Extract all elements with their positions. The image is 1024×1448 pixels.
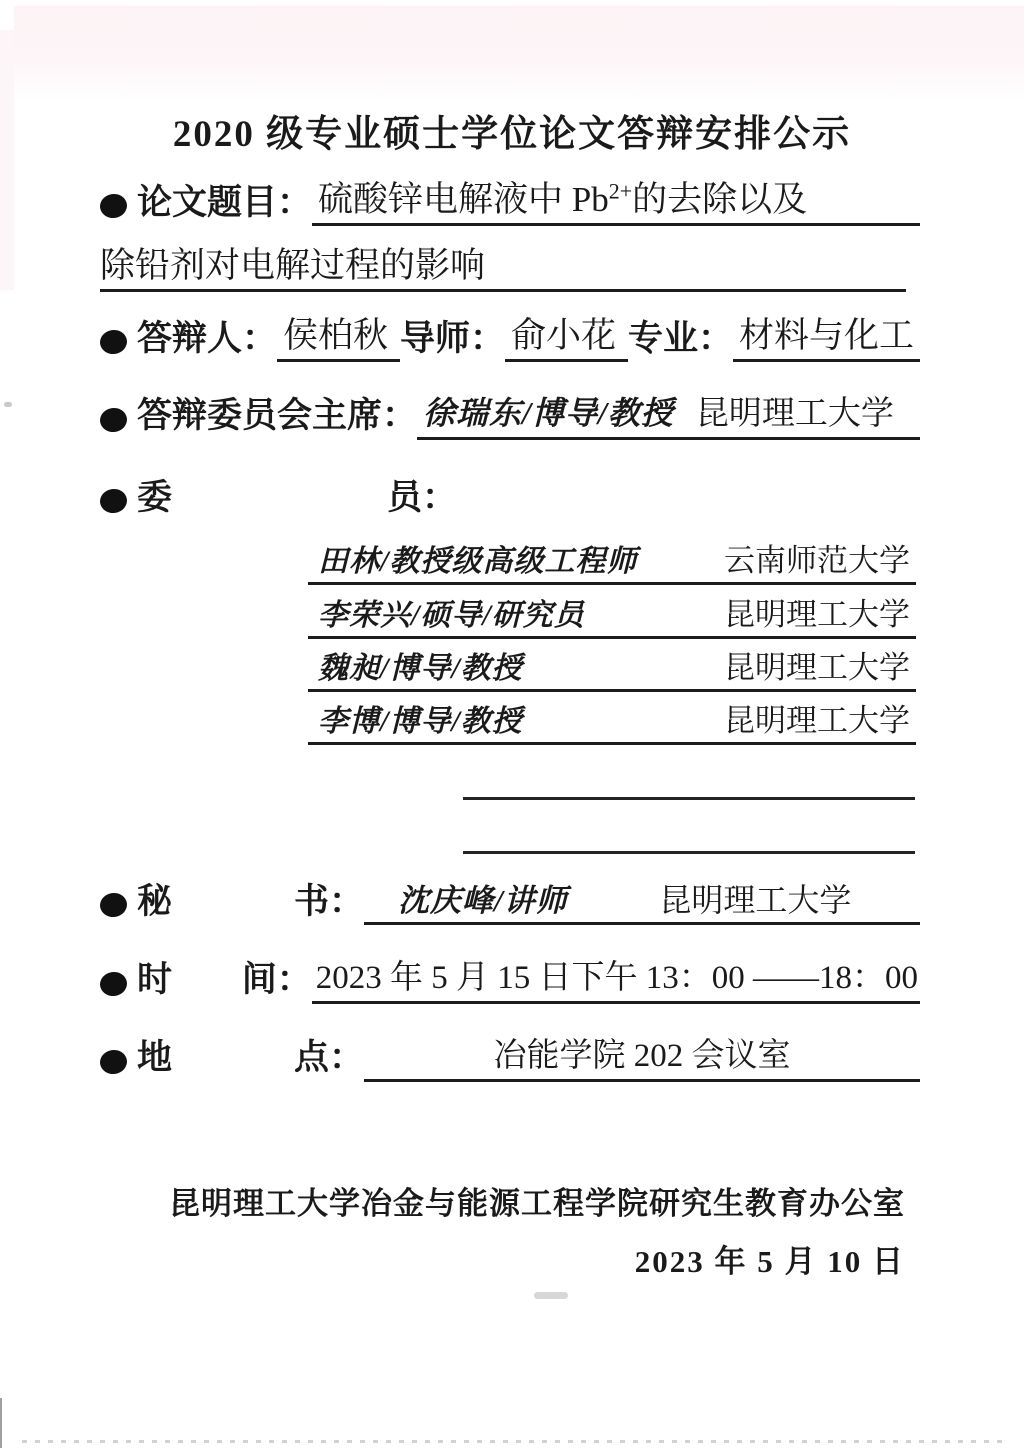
secretary-label-right: 书：	[294, 878, 364, 925]
thesis-title-text: 硫酸锌电解液中 Pb	[318, 180, 609, 219]
committee-member-row: 李荣兴/硕导/研究员 昆明理工大学	[308, 597, 916, 639]
bullet-icon	[98, 192, 128, 220]
bullet-icon	[98, 487, 128, 515]
scan-smudge	[4, 402, 12, 407]
member-name: 李博/博导/教授	[318, 696, 523, 740]
committee-label-right: 员：	[387, 474, 457, 521]
member-name: 魏昶/博导/教授	[318, 643, 523, 687]
committee-member-row: 李博/博导/教授 昆明理工大学	[308, 703, 916, 745]
superscript-charge: 2+	[609, 178, 632, 203]
chair-row: 答辩委员会主席： 徐瑞东/博导/教授 昆明理工大学	[100, 392, 920, 440]
time-label-left: 时	[137, 956, 172, 1003]
time-label-right: 间：	[242, 956, 312, 1003]
bullet-icon	[98, 406, 128, 434]
thesis-title-value-line1: 硫酸锌电解液中 Pb2+的去除以及	[312, 176, 920, 226]
supervisor-value: 俞小花	[505, 312, 628, 362]
member-institution: 云南师范大学	[724, 535, 910, 580]
location-label-right: 点：	[294, 1034, 364, 1081]
member-institution: 昆明理工大学	[724, 642, 910, 687]
location-value: 冶能学院 202 会议室	[364, 1034, 920, 1082]
secretary-institution: 昆明理工大学	[659, 882, 851, 918]
scan-tint-artifact-left	[0, 30, 14, 290]
bullet-icon	[98, 891, 128, 919]
footer-office-name: 昆明理工大学冶金与能源工程学院研究生教育办公室	[0, 1178, 905, 1223]
thesis-title-label: 论文题目：	[137, 179, 312, 226]
chair-label: 答辩委员会主席：	[137, 392, 417, 439]
member-name: 田林/教授级高级工程师	[318, 536, 637, 580]
member-institution: 昆明理工大学	[724, 695, 910, 740]
page-title: 2020 级专业硕士学位论文答辩安排公示	[0, 103, 1024, 157]
member-name: 李荣兴/硕导/研究员	[318, 590, 585, 634]
location-row: 地 点： 冶能学院 202 会议室	[100, 1034, 920, 1082]
bullet-icon	[98, 328, 128, 356]
committee-member-row: 魏昶/博导/教授 昆明理工大学	[308, 650, 916, 692]
thesis-title-value-line2: 除铅剂对电解过程的影响	[100, 242, 906, 292]
scan-edge-artifact	[22, 1440, 1002, 1443]
scan-edge-artifact-left	[0, 1398, 2, 1448]
defender-label: 答辩人：	[137, 315, 277, 362]
chair-institution: 昆明理工大学	[696, 396, 894, 432]
chair-name: 徐瑞东/博导/教授	[423, 395, 674, 431]
time-value: 2023 年 5 月 15 日下午 13：00 ——18：00	[312, 956, 920, 1004]
secretary-label-left: 秘	[137, 878, 172, 925]
scan-smudge	[534, 1292, 568, 1299]
secretary-value: 沈庆峰/讲师 昆明理工大学	[364, 879, 920, 925]
thesis-title-row: 论文题目： 硫酸锌电解液中 Pb2+的去除以及	[100, 176, 920, 226]
member-institution: 昆明理工大学	[724, 589, 910, 634]
chair-value: 徐瑞东/博导/教授 昆明理工大学	[417, 392, 920, 440]
location-label-left: 地	[137, 1034, 172, 1081]
footer-date: 2023 年 5 月 10 日	[0, 1236, 905, 1281]
supervisor-label: 导师：	[400, 315, 505, 362]
thesis-title-text-tail: 的去除以及	[632, 180, 807, 219]
defender-row: 答辩人： 侯柏秋 导师： 俞小花 专业： 材料与化工	[100, 312, 920, 362]
bullet-icon	[98, 970, 128, 998]
secretary-name: 沈庆峰/讲师	[398, 883, 568, 918]
major-value: 材料与化工	[733, 312, 920, 362]
bullet-icon	[98, 1048, 128, 1076]
committee-member-row: 田林/教授级高级工程师 云南师范大学	[308, 543, 916, 585]
secretary-row: 秘 书： 沈庆峰/讲师 昆明理工大学	[100, 878, 920, 925]
major-label: 专业：	[628, 315, 733, 362]
scanned-notice-page: 2020 级专业硕士学位论文答辩安排公示 论文题目： 硫酸锌电解液中 Pb2+的…	[0, 0, 1024, 1448]
committee-header-row: 委 员：	[100, 474, 457, 521]
time-row: 时 间： 2023 年 5 月 15 日下午 13：00 ——18：00	[100, 956, 920, 1004]
scan-tint-artifact	[14, 6, 1024, 102]
defender-value: 侯柏秋	[277, 312, 400, 362]
blank-signature-line	[463, 797, 915, 800]
thesis-title-row-line2: 除铅剂对电解过程的影响	[100, 242, 906, 292]
blank-signature-line	[463, 851, 915, 854]
committee-label-left: 委	[137, 474, 172, 521]
